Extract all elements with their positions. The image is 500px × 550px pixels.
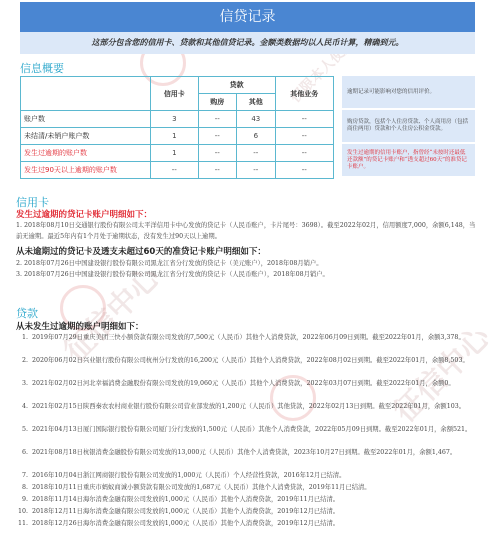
- overdue-card-heading: 发生过逾期的贷记卡账户明细如下：: [16, 208, 152, 220]
- header-loan: 贷款: [198, 77, 275, 94]
- list-item: 7. 2016年10月04日浙江网商银行股份有限公司发放的1,000元（人民币）…: [14, 470, 476, 481]
- table-row: 发生过90天以上逾期的账户数 -- -- -- --: [21, 162, 334, 179]
- cell-credit-card: 3: [151, 111, 198, 128]
- list-item: 10. 2018年12月11日海尔消费金融有限公司发放的1,000元（人民币）其…: [14, 506, 476, 517]
- cell-other-business: --: [275, 128, 333, 145]
- summary-table: 信用卡 贷款 其他业务 购房 其他 账户数 3 -- 43 -- 未结清/未销户…: [20, 76, 334, 179]
- cell-other-business: --: [275, 145, 333, 162]
- row-label: 未结清/未销户账户数: [21, 128, 151, 145]
- item-number: 6.: [14, 447, 32, 458]
- note-overdue-impact: 逾期记录可能影响对您的信用评价。: [342, 76, 475, 108]
- cell-other: --: [237, 145, 276, 162]
- list-item: 2. 2020年06月02日兴业银行股份有限公司杭州分行发放的16,200元（人…: [14, 355, 476, 366]
- cell-credit-card: --: [151, 162, 198, 179]
- item-number: 5.: [14, 424, 32, 435]
- cell-credit-card: 1: [151, 128, 198, 145]
- cell-housing: --: [198, 145, 236, 162]
- cell-housing: --: [198, 128, 236, 145]
- cell-other: 6: [237, 128, 276, 145]
- list-item: 1. 2018年08月10日交通银行股份有限公司太平洋信用卡中心发放的贷记卡（人…: [16, 220, 476, 242]
- summary-notes: 逾期记录可能影响对您的信用评价。 购房贷款，包括个人住房贷款、个人商用房（包括商…: [342, 76, 475, 178]
- list-item: 3. 2018年07月26日中国建设银行股份有限公司黑龙江省分行发放的贷记卡（人…: [16, 269, 476, 280]
- header-credit-card: 信用卡: [151, 77, 198, 111]
- table-row: 未结清/未销户账户数 1 -- 6 --: [21, 128, 334, 145]
- note-housing-loan: 购房贷款，包括个人住房贷款、个人商用房（包括商住两用）贷款和个人住房公积金贷款。: [342, 110, 475, 142]
- cell-housing: --: [198, 111, 236, 128]
- loans-section-title: 贷款: [16, 305, 38, 321]
- list-item: 8. 2018年10月11日重庆市蚂蚁商诚小额贷款有限公司发放的1,687元（人…: [14, 482, 476, 493]
- item-text: 2021年08月18日杭银消费金融股份有限公司发放的13,000元（人民币）其他…: [32, 447, 476, 458]
- cell-other-business: --: [275, 162, 333, 179]
- summary-section-title: 信息概要: [20, 60, 64, 76]
- cell-housing: --: [198, 162, 236, 179]
- page-subtitle: 这部分包含您的信用卡、贷款和其他信贷记录。金额类数据均以人民币计算，精确到元。: [20, 32, 475, 54]
- loans-heading: 从未发生过逾期的账户明细如下：: [16, 320, 144, 332]
- item-text: 2020年06月02日兴业银行股份有限公司杭州分行发放的16,200元（人民币）…: [32, 355, 476, 366]
- page-title: 信贷记录: [20, 2, 475, 32]
- item-text: 2021年04月13日厦门国际银行股份有限公司厦门分行发放的1,500元（人民币…: [32, 424, 476, 435]
- list-item: 9. 2018年11月14日海尔消费金融有限公司发放的1,000元（人民币）其他…: [14, 494, 476, 505]
- item-number: 2.: [14, 355, 32, 366]
- list-item: 1. 2019年07月29日重庆美团三快小额贷款有限公司发放的7,500元（人民…: [14, 332, 476, 343]
- item-text: 2021年02月15日陕西秦农农村商业银行股份有限公司营业部发放的1,200元（…: [32, 401, 476, 412]
- item-number: 3.: [14, 378, 32, 389]
- cell-other: 43: [237, 111, 276, 128]
- item-number: 8.: [14, 482, 32, 493]
- list-item: 4. 2021年02月15日陕西秦农农村商业银行股份有限公司营业部发放的1,20…: [14, 401, 476, 412]
- row-label: 发生过90天以上逾期的账户数: [21, 162, 151, 179]
- item-number: 4.: [14, 401, 32, 412]
- item-number: 10.: [14, 506, 32, 517]
- list-item: 6. 2021年08月18日杭银消费金融股份有限公司发放的13,000元（人民币…: [14, 447, 476, 458]
- item-number: 11.: [14, 518, 32, 529]
- list-item: 5. 2021年04月13日厦门国际银行股份有限公司厦门分行发放的1,500元（…: [14, 424, 476, 435]
- item-number: 9.: [14, 494, 32, 505]
- row-label: 账户数: [21, 111, 151, 128]
- table-row: 发生过逾期的账户数 1 -- -- --: [21, 145, 334, 162]
- item-text: 2019年07月29日重庆美团三快小额贷款有限公司发放的7,500元（人民币）其…: [32, 332, 476, 343]
- item-text: 2018年12月26日海尔消费金融有限公司发放的1,000元（人民币）其他个人消…: [32, 518, 476, 529]
- cell-other-business: --: [275, 111, 333, 128]
- item-text: 2021年02月02日河北幸福消费金融股份有限公司发放的19,060元（人民币）…: [32, 378, 476, 389]
- header-blank: [21, 77, 151, 111]
- item-text: 2016年10月04日浙江网商银行股份有限公司发放的1,000元（人民币）个人经…: [32, 470, 476, 481]
- item-text: 2018年10月11日重庆市蚂蚁商诚小额贷款有限公司发放的1,687元（人民币）…: [32, 482, 476, 493]
- table-row: 账户数 3 -- 43 --: [21, 111, 334, 128]
- header-other-business: 其他业务: [275, 77, 333, 111]
- header-other: 其他: [237, 94, 276, 111]
- list-item: 11. 2018年12月26日海尔消费金融有限公司发放的1,000元（人民币）其…: [14, 518, 476, 529]
- note-overdue-card: 发生过逾期的信用卡账户，指曾经“未按时还最低还款额”的贷记卡账户和“透支超过60…: [342, 144, 475, 176]
- list-item: 3. 2021年02月02日河北幸福消费金融股份有限公司发放的19,060元（人…: [14, 378, 476, 389]
- cell-other: --: [237, 162, 276, 179]
- header-housing: 购房: [198, 94, 236, 111]
- row-label: 发生过逾期的账户数: [21, 145, 151, 162]
- item-number: 1.: [14, 332, 32, 343]
- normal-card-heading: 从未逾期过的贷记卡及透支未超过60天的准贷记卡账户明细如下：: [16, 245, 266, 257]
- list-item: 2. 2018年07月26日中国建设银行股份有限公司黑龙江省分行发放的贷记卡（美…: [16, 258, 476, 269]
- cell-credit-card: 1: [151, 145, 198, 162]
- item-number: 7.: [14, 470, 32, 481]
- item-text: 2018年12月11日海尔消费金融有限公司发放的1,000元（人民币）其他个人消…: [32, 506, 476, 517]
- item-text: 2018年11月14日海尔消费金融有限公司发放的1,000元（人民币）其他个人消…: [32, 494, 476, 505]
